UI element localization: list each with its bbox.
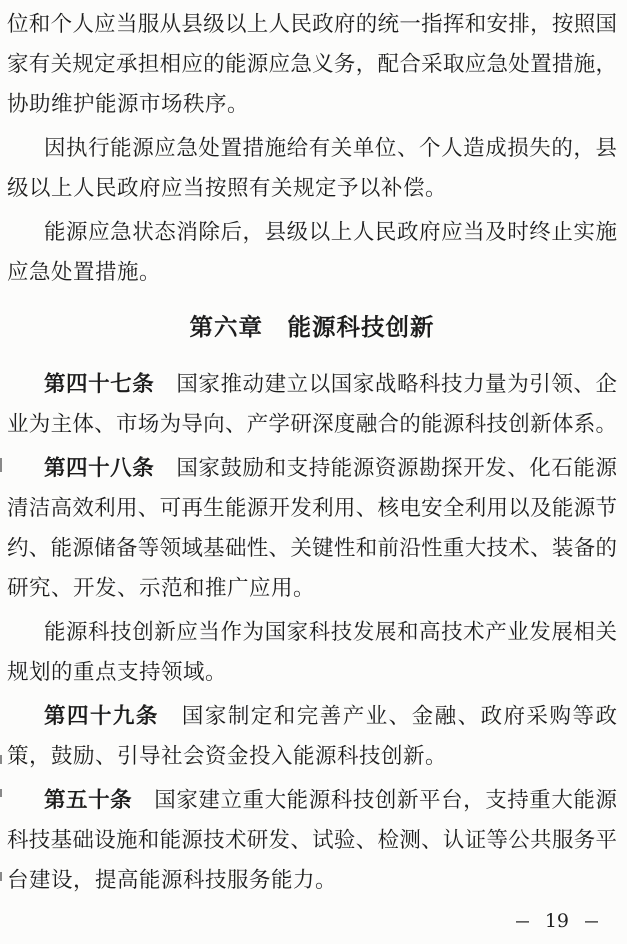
article-number: 第五十条	[44, 788, 132, 813]
footer-dash-left: —	[515, 910, 529, 932]
paragraph: 能源科技创新应当作为国家科技发展和高技术产业发展相关规划的重点支持领域。	[7, 613, 617, 693]
text-segment: 家有关规定承担相应的能源应急义务，配合采取应急处置措施，	[7, 52, 617, 77]
text-segment: 国家推动建立以国家战略科技力量为引领、企	[154, 372, 617, 397]
text-line: 因执行能源应急处置措施给有关单位、个人造成损失的，县	[7, 129, 617, 169]
text-line: 台建设，提高能源科技服务能力。	[7, 861, 617, 901]
page-footer: — 19 —	[513, 908, 601, 934]
scan-artifact	[0, 458, 2, 472]
text-segment: 能源应急状态消除后，县级以上人民政府应当及时终止实施	[44, 220, 617, 245]
text-segment: 策，鼓励、引导社会资金投入能源科技创新。	[7, 744, 447, 769]
text-line: 研究、开发、示范和推广应用。	[7, 569, 617, 609]
paragraph: 第四十七条 国家推动建立以国家战略科技力量为引领、企业为主体、市场为导向、产学研…	[7, 365, 617, 445]
text-segment: 国家制定和完善产业、金融、政府采购等政	[159, 704, 617, 729]
document-page: 位和个人应当服从县级以上人民政府的统一指挥和安排，按照国家有关规定承担相应的能源…	[0, 0, 627, 944]
text-line: 能源应急状态消除后，县级以上人民政府应当及时终止实施	[7, 213, 617, 253]
text-line: 家有关规定承担相应的能源应急义务，配合采取应急处置措施，	[7, 45, 617, 85]
text-segment: 科技基础设施和能源技术研发、试验、检测、认证等公共服务平	[7, 828, 617, 853]
text-line: 协助维护能源市场秩序。	[7, 85, 617, 125]
text-line: 应急处置措施。	[7, 253, 617, 293]
article-number: 第四十八条	[44, 456, 154, 481]
paragraph: 位和个人应当服从县级以上人民政府的统一指挥和安排，按照国家有关规定承担相应的能源…	[7, 5, 617, 125]
footer-dash-right: —	[584, 910, 598, 932]
text-line: 科技基础设施和能源技术研发、试验、检测、认证等公共服务平	[7, 821, 617, 861]
text-segment: 因执行能源应急处置措施给有关单位、个人造成损失的，县	[44, 136, 617, 161]
paragraph: 第四十八条 国家鼓励和支持能源资源勘探开发、化石能源清洁高效利用、可再生能源开发…	[7, 449, 617, 609]
text-line: 第四十八条 国家鼓励和支持能源资源勘探开发、化石能源	[7, 449, 617, 489]
document-body: 位和个人应当服从县级以上人民政府的统一指挥和安排，按照国家有关规定承担相应的能源…	[7, 5, 617, 905]
paragraph: 能源应急状态消除后，县级以上人民政府应当及时终止实施应急处置措施。	[7, 213, 617, 293]
text-segment: 级以上人民政府应当按照有关规定予以补偿。	[7, 176, 447, 201]
text-line: 能源科技创新应当作为国家科技发展和高技术产业发展相关	[7, 613, 617, 653]
text-segment: 应急处置措施。	[7, 260, 161, 285]
scan-artifact	[0, 872, 2, 881]
text-line: 第四十七条 国家推动建立以国家战略科技力量为引领、企	[7, 365, 617, 405]
text-line: 位和个人应当服从县级以上人民政府的统一指挥和安排，按照国	[7, 5, 617, 45]
chapter-heading: 第六章 能源科技创新	[7, 307, 617, 347]
text-line: 策，鼓励、引导社会资金投入能源科技创新。	[7, 737, 617, 777]
scan-artifact	[0, 755, 2, 764]
paragraph: 第五十条 国家建立重大能源科技创新平台，支持重大能源科技基础设施和能源技术研发、…	[7, 781, 617, 901]
text-segment: 国家建立重大能源科技创新平台，支持重大能源	[132, 788, 617, 813]
text-segment: 规划的重点支持领域。	[7, 660, 227, 685]
text-segment: 约、能源储备等领域基础性、关键性和前沿性重大技术、装备的	[7, 536, 617, 561]
scan-artifact	[0, 789, 2, 797]
text-segment: 协助维护能源市场秩序。	[7, 92, 249, 117]
text-segment: 业为主体、市场为导向、产学研深度融合的能源科技创新体系。	[7, 412, 617, 437]
text-line: 级以上人民政府应当按照有关规定予以补偿。	[7, 169, 617, 209]
text-line: 第五十条 国家建立重大能源科技创新平台，支持重大能源	[7, 781, 617, 821]
text-line: 清洁高效利用、可再生能源开发利用、核电安全利用以及能源节	[7, 489, 617, 529]
text-line: 业为主体、市场为导向、产学研深度融合的能源科技创新体系。	[7, 405, 617, 445]
article-number: 第四十九条	[44, 704, 159, 729]
text-line: 第四十九条 国家制定和完善产业、金融、政府采购等政	[7, 697, 617, 737]
text-line: 规划的重点支持领域。	[7, 653, 617, 693]
page-number: 19	[545, 910, 569, 932]
paragraph: 因执行能源应急处置措施给有关单位、个人造成损失的，县级以上人民政府应当按照有关规…	[7, 129, 617, 209]
text-segment: 研究、开发、示范和推广应用。	[7, 576, 315, 601]
text-segment: 能源科技创新应当作为国家科技发展和高技术产业发展相关	[44, 620, 617, 645]
text-segment: 清洁高效利用、可再生能源开发利用、核电安全利用以及能源节	[7, 496, 617, 521]
text-segment: 国家鼓励和支持能源资源勘探开发、化石能源	[154, 456, 617, 481]
paragraph: 第四十九条 国家制定和完善产业、金融、政府采购等政策，鼓励、引导社会资金投入能源…	[7, 697, 617, 777]
text-segment: 位和个人应当服从县级以上人民政府的统一指挥和安排，按照国	[7, 12, 617, 37]
text-segment: 台建设，提高能源科技服务能力。	[7, 868, 337, 893]
article-number: 第四十七条	[44, 372, 154, 397]
text-line: 约、能源储备等领域基础性、关键性和前沿性重大技术、装备的	[7, 529, 617, 569]
